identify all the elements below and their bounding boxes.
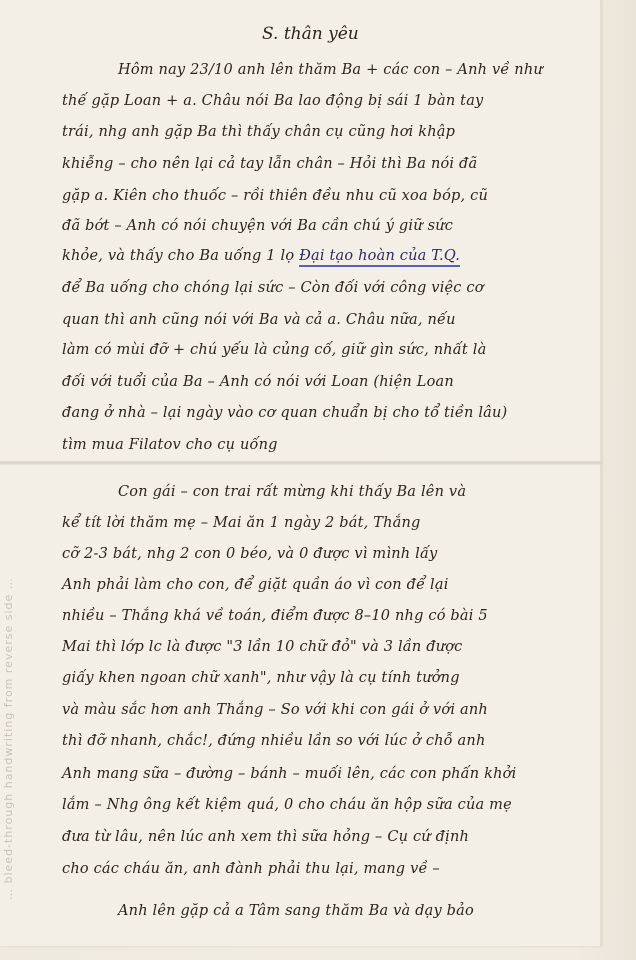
letter-salutation: S. thân yêu bbox=[262, 24, 359, 44]
letter-line: nhiều – Thắng khá về toán, điểm được 8–1… bbox=[62, 608, 602, 624]
letter-line: đã bớt – Anh có nói chuyện với Ba cần ch… bbox=[62, 218, 602, 234]
letter-line: đang ở nhà – lại ngày vào cơ quan chuẩn … bbox=[62, 405, 602, 421]
letter-line: làm có mùi đỡ + chú yếu là củng cố, giữ … bbox=[62, 342, 602, 358]
letter-line: cỡ 2-3 bát, nhg 2 con 0 béo, và 0 được v… bbox=[62, 546, 602, 562]
letter-line: Con gái – con trai rất mừng khi thấy Ba … bbox=[118, 484, 636, 500]
letter-line: để Ba uống cho chóng lại sức – Còn đối v… bbox=[62, 280, 602, 296]
letter-line: Mai thì lớp lc là được "3 lần 10 chữ đỏ"… bbox=[62, 639, 602, 655]
letter-line: quan thì anh cũng nói với Ba và cả a. Ch… bbox=[62, 312, 602, 328]
letter-line: khiễng – cho nên lại cả tay lẫn chân – H… bbox=[62, 156, 602, 172]
letter-line: Hôm nay 23/10 anh lên thăm Ba + các con … bbox=[118, 62, 636, 78]
letter-line: thì đỡ nhanh, chắc!, đứng nhiều lần so v… bbox=[62, 733, 602, 749]
letter-line: Anh lên gặp cả a Tâm sang thăm Ba và dạy… bbox=[118, 903, 636, 919]
letter-line: gặp a. Kiên cho thuốc – rồi thiên đều nh… bbox=[62, 188, 602, 204]
letter-line: tìm mua Filatov cho cụ uống bbox=[62, 437, 602, 453]
letter-line-text: khỏe, và thấy cho Ba uống 1 lọ bbox=[62, 248, 294, 264]
underlined-medicine-name: Đại tạo hoàn của T.Q. bbox=[299, 248, 460, 267]
letter-line: trái, nhg anh gặp Ba thì thấy chân cụ cũ… bbox=[62, 124, 602, 140]
letter-line: lắm – Nhg ông kết kiệm quá, 0 cho cháu ă… bbox=[62, 797, 602, 813]
letter-line: Anh phải làm cho con, để giặt quần áo vì… bbox=[62, 577, 602, 593]
letter-line: khỏe, và thấy cho Ba uống 1 lọ Đại tạo h… bbox=[62, 248, 602, 264]
letter-line: và màu sắc hơn anh Thắng – So với khi co… bbox=[62, 702, 602, 718]
letter-line: cho các cháu ăn, anh đành phải thu lại, … bbox=[62, 861, 602, 877]
margin-bleed-through-text: … bleed-through handwriting from reverse… bbox=[2, 60, 18, 900]
letter-line: đưa từ lâu, nên lúc anh xem thì sữa hỏng… bbox=[62, 829, 602, 845]
letter-line: Anh mang sữa – đường – bánh – muối lên, … bbox=[62, 766, 602, 782]
letter-line: đối với tuổi của Ba – Anh có nói với Loa… bbox=[62, 374, 602, 390]
letter-line: giấy khen ngoan chữ xanh", như vậy là cụ… bbox=[62, 670, 602, 686]
letter-line: thế gặp Loan + a. Châu nói Ba lao động b… bbox=[62, 93, 602, 109]
paper-fold-line bbox=[0, 461, 602, 465]
letter-line: kể tít lời thăm mẹ – Mai ăn 1 ngày 2 bát… bbox=[62, 515, 602, 531]
